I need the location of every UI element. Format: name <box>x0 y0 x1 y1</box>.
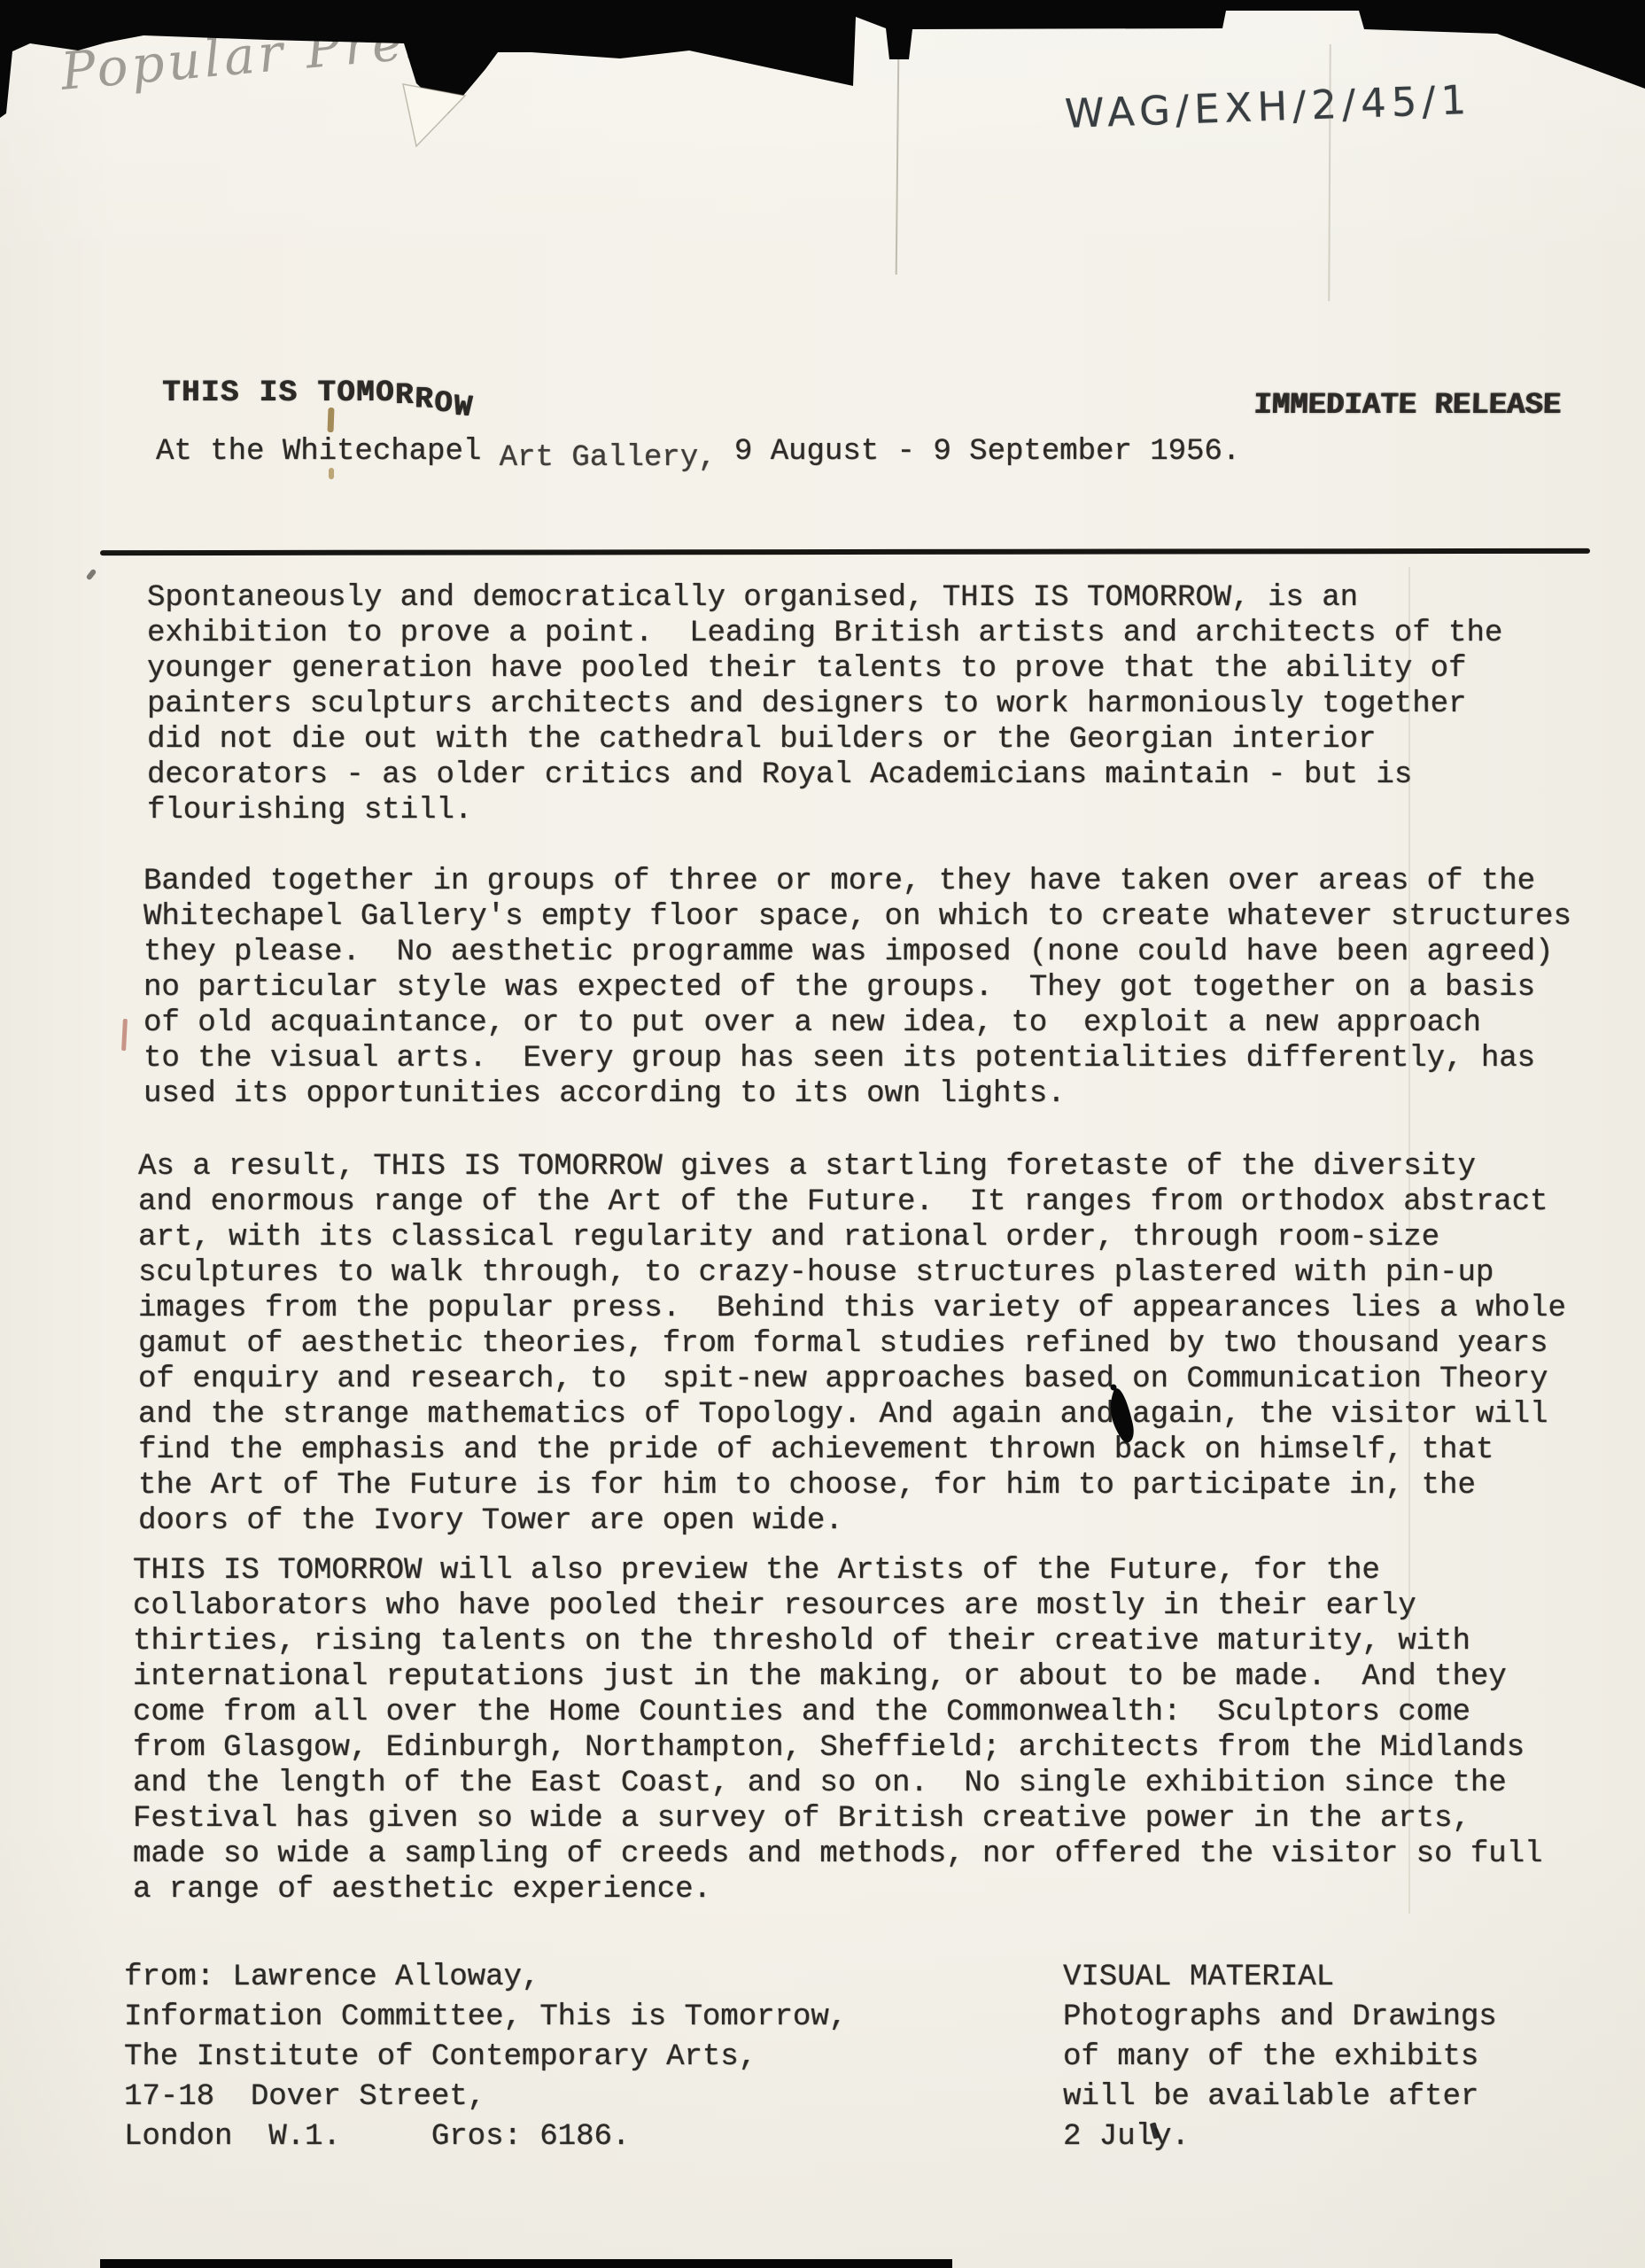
scanned-press-release: Popular Press. WAG/EXH/2/45/1 THIS IS TO… <box>0 0 1645 2268</box>
footer-visual-material-block: VISUAL MATERIAL Photographs and Drawings… <box>1063 1958 1497 2157</box>
exhibition-subtitle: At the Whitechapel Art Gallery, 9 August… <box>156 434 1240 470</box>
scan-bottom-edge <box>100 2259 952 2268</box>
subtitle-gallery-name: Art Gallery, <box>500 440 717 476</box>
paper-sheet <box>0 0 1645 2268</box>
paragraph-1: Spontaneously and democratically organis… <box>147 580 1502 828</box>
paragraph-3: As a result, THIS IS TOMORROW gives a st… <box>138 1149 1566 1539</box>
paragraph-2: Banded together in groups of three or mo… <box>144 864 1571 1112</box>
document-title-drop: RROW <box>395 377 473 410</box>
footer-contact-block: from: Lawrence Alloway, Information Comm… <box>124 1958 847 2157</box>
document-title: THIS IS TOMORROW <box>162 376 472 411</box>
paragraph-4: THIS IS TOMORROW will also preview the A… <box>133 1553 1542 1907</box>
release-status-label: IMMEDIATE RELEASE <box>1253 388 1561 423</box>
document-title-main: THIS IS TOMO <box>162 377 395 410</box>
subtitle-dates: 9 August - 9 September 1956. <box>717 435 1241 469</box>
subtitle-prefix: At the Whitechapel <box>156 435 500 469</box>
